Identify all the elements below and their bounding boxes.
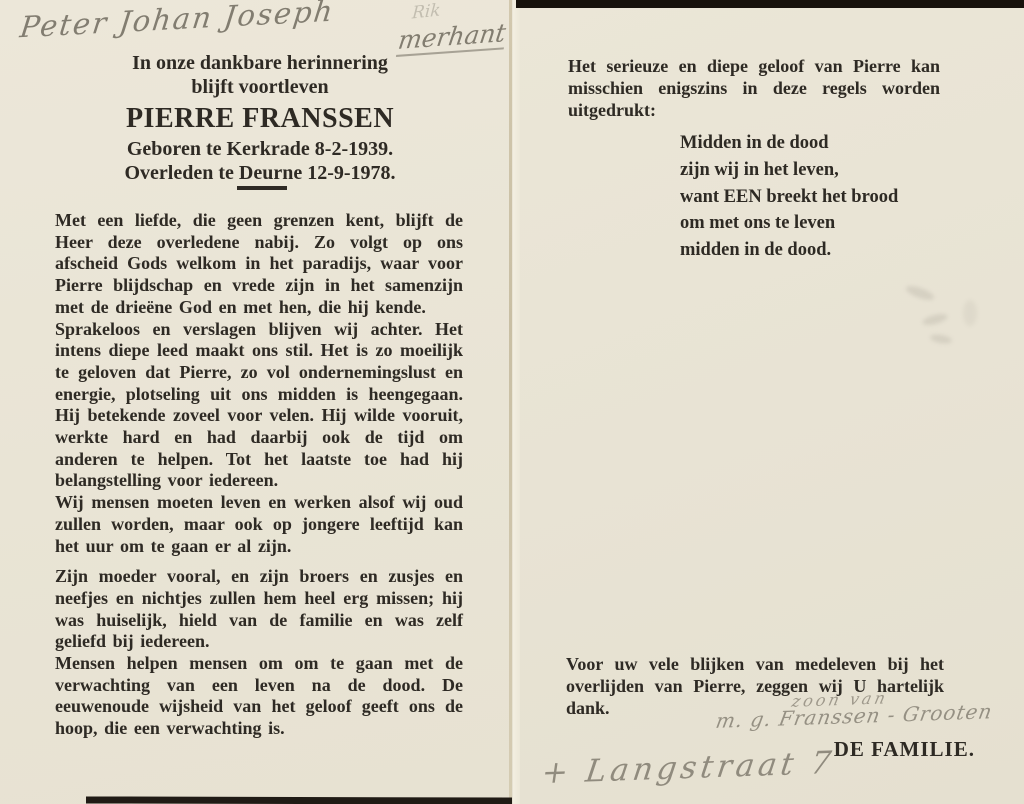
poem-line-1: Midden in de dood	[680, 130, 898, 157]
obituary-paragraph-2: Sprakeloos en verslagen blijven wij acht…	[55, 319, 463, 493]
poem-block: Midden in de dood zijn wij in het leven,…	[680, 130, 898, 264]
poem-line-2: zijn wij in het leven,	[680, 157, 898, 184]
obituary-text-block: Met een liefde, die geen grenzen kent, b…	[55, 210, 463, 740]
scan-edge-bottom	[86, 796, 512, 804]
pencil-smudge	[963, 300, 977, 326]
poem-line-4: om met ons te leven	[680, 210, 898, 237]
faith-intro-paragraph: Het serieuze en diepe geloof van Pierre …	[568, 56, 940, 121]
poem-line-3: want EEN breekt het brood	[680, 184, 898, 211]
center-fold-highlight	[513, 0, 520, 804]
obituary-paragraph-1: Met een liefde, die geen grenzen kent, b…	[55, 210, 463, 319]
divider-rule	[237, 186, 287, 190]
memorial-intro-line-2: blijft voortleven	[55, 76, 465, 99]
obituary-paragraph-4: Zijn moeder vooral, en zijn broers en zu…	[55, 566, 463, 653]
scan-edge-top	[516, 0, 1024, 8]
obituary-paragraph-3: Wij mensen moeten leven en werken alsof …	[55, 492, 463, 557]
poem-line-5: midden in de dood.	[680, 237, 898, 264]
obituary-paragraph-5: Mensen helpen mensen om om te gaan met d…	[55, 653, 463, 740]
death-line: Overleden te Deurne 12-9-1978.	[55, 162, 465, 185]
handwritten-faint-annotation: Rik	[411, 0, 441, 23]
center-fold-line	[509, 0, 512, 804]
memorial-card-scan: Peter Johan Joseph Rik merhant In onze d…	[0, 0, 1024, 804]
memorial-intro-line-1: In onze dankbare herinnering	[55, 52, 465, 75]
birth-line: Geboren te Kerkrade 8-2-1939.	[55, 138, 465, 161]
deceased-name: PIERRE FRANSSEN	[55, 103, 465, 135]
